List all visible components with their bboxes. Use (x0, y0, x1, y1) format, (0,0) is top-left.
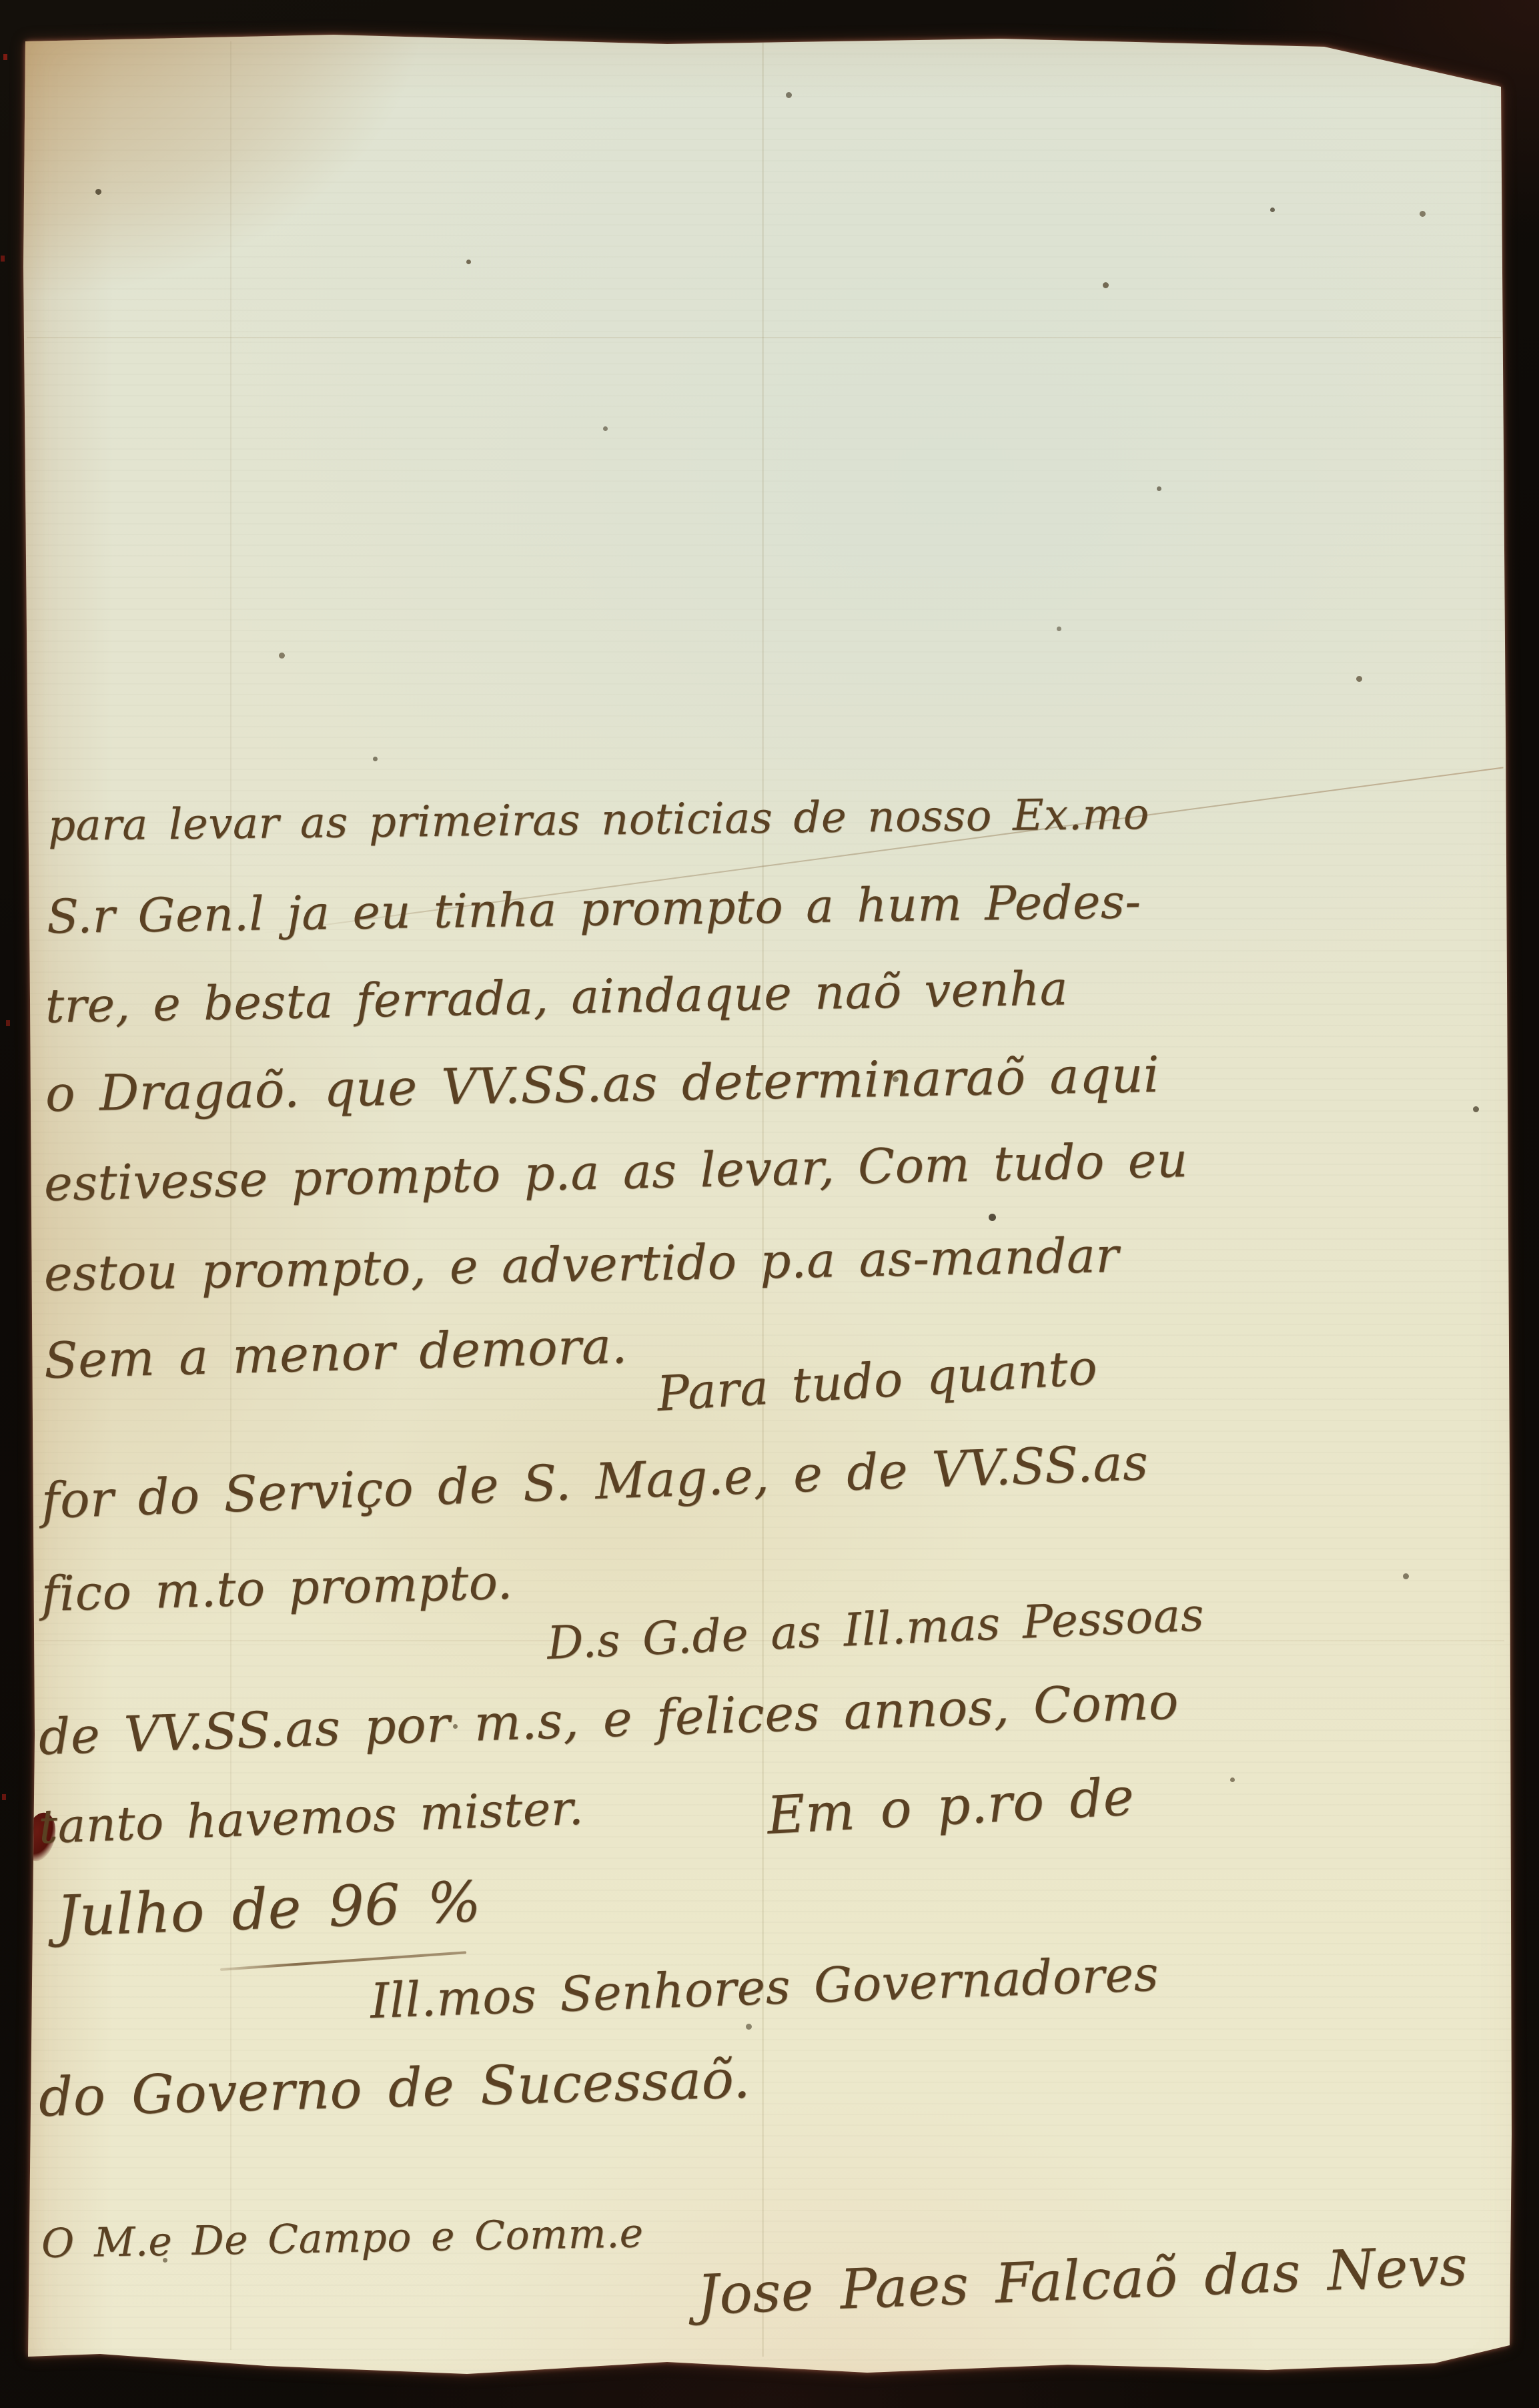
scan-edge-artifacts (0, 0, 3, 5)
manuscript-line-11: D.s G.de as Ill.mas Pessoas (546, 1591, 1205, 1667)
manuscript-line-5: estivesse prompto p.a as levar, Com tudo… (43, 1135, 1188, 1209)
paper-sheet-wrapper: para levar as primeiras noticias de noss… (0, 0, 1539, 2408)
addressee-line-1: Ill.mos Senhores Governadores (370, 1949, 1159, 2027)
addressee-line-2: do Governo de Sucessaõ. (38, 2051, 751, 2126)
manuscript-line-1: para levar as primeiras noticias de noss… (48, 793, 1149, 849)
manuscript-line-6: estou prompto, e advertido p.a as-mandar (43, 1230, 1119, 1300)
manuscript-line-15-date: Julho de 96 % (55, 1872, 482, 1946)
manuscript-line-3: tre, e besta ferrada, aindaque naõ venha (45, 964, 1068, 1031)
horizontal-crease-top (27, 337, 1501, 338)
signer-title: O M.e De Campo e Comm.e (41, 2213, 644, 2265)
photograph-stage: para levar as primeiras noticias de noss… (0, 0, 1539, 2408)
signature-name: Jose Paes Falcaõ das Nevs (696, 2238, 1468, 2325)
manuscript-line-4: o Dragaõ. que VV.SS.as determinaraõ aqui (45, 1050, 1159, 1121)
manuscript-line-14-date-lead: Em o p.ro de (766, 1770, 1135, 1844)
manuscript-line-10: fico m.to prompto. (41, 1557, 513, 1620)
manuscript-line-8: Para tudo quanto (656, 1342, 1099, 1420)
manuscript-paper: para levar as primeiras noticias de noss… (0, 0, 1539, 2408)
manuscript-line-12: de VV.SS.as por m.s, e felices annos, Co… (38, 1676, 1179, 1763)
manuscript-line-2: S.r Gen.l ja eu tinha prompto a hum Pede… (46, 877, 1141, 941)
manuscript-line-13: tanto havemos mister. (38, 1784, 584, 1852)
manuscript-line-7: Sem a menor demora. (43, 1320, 628, 1388)
manuscript-line-9: for do Serviço de S. Mag.e, e de VV.SS.a… (41, 1437, 1149, 1528)
date-underline-flourish (220, 1951, 466, 1971)
